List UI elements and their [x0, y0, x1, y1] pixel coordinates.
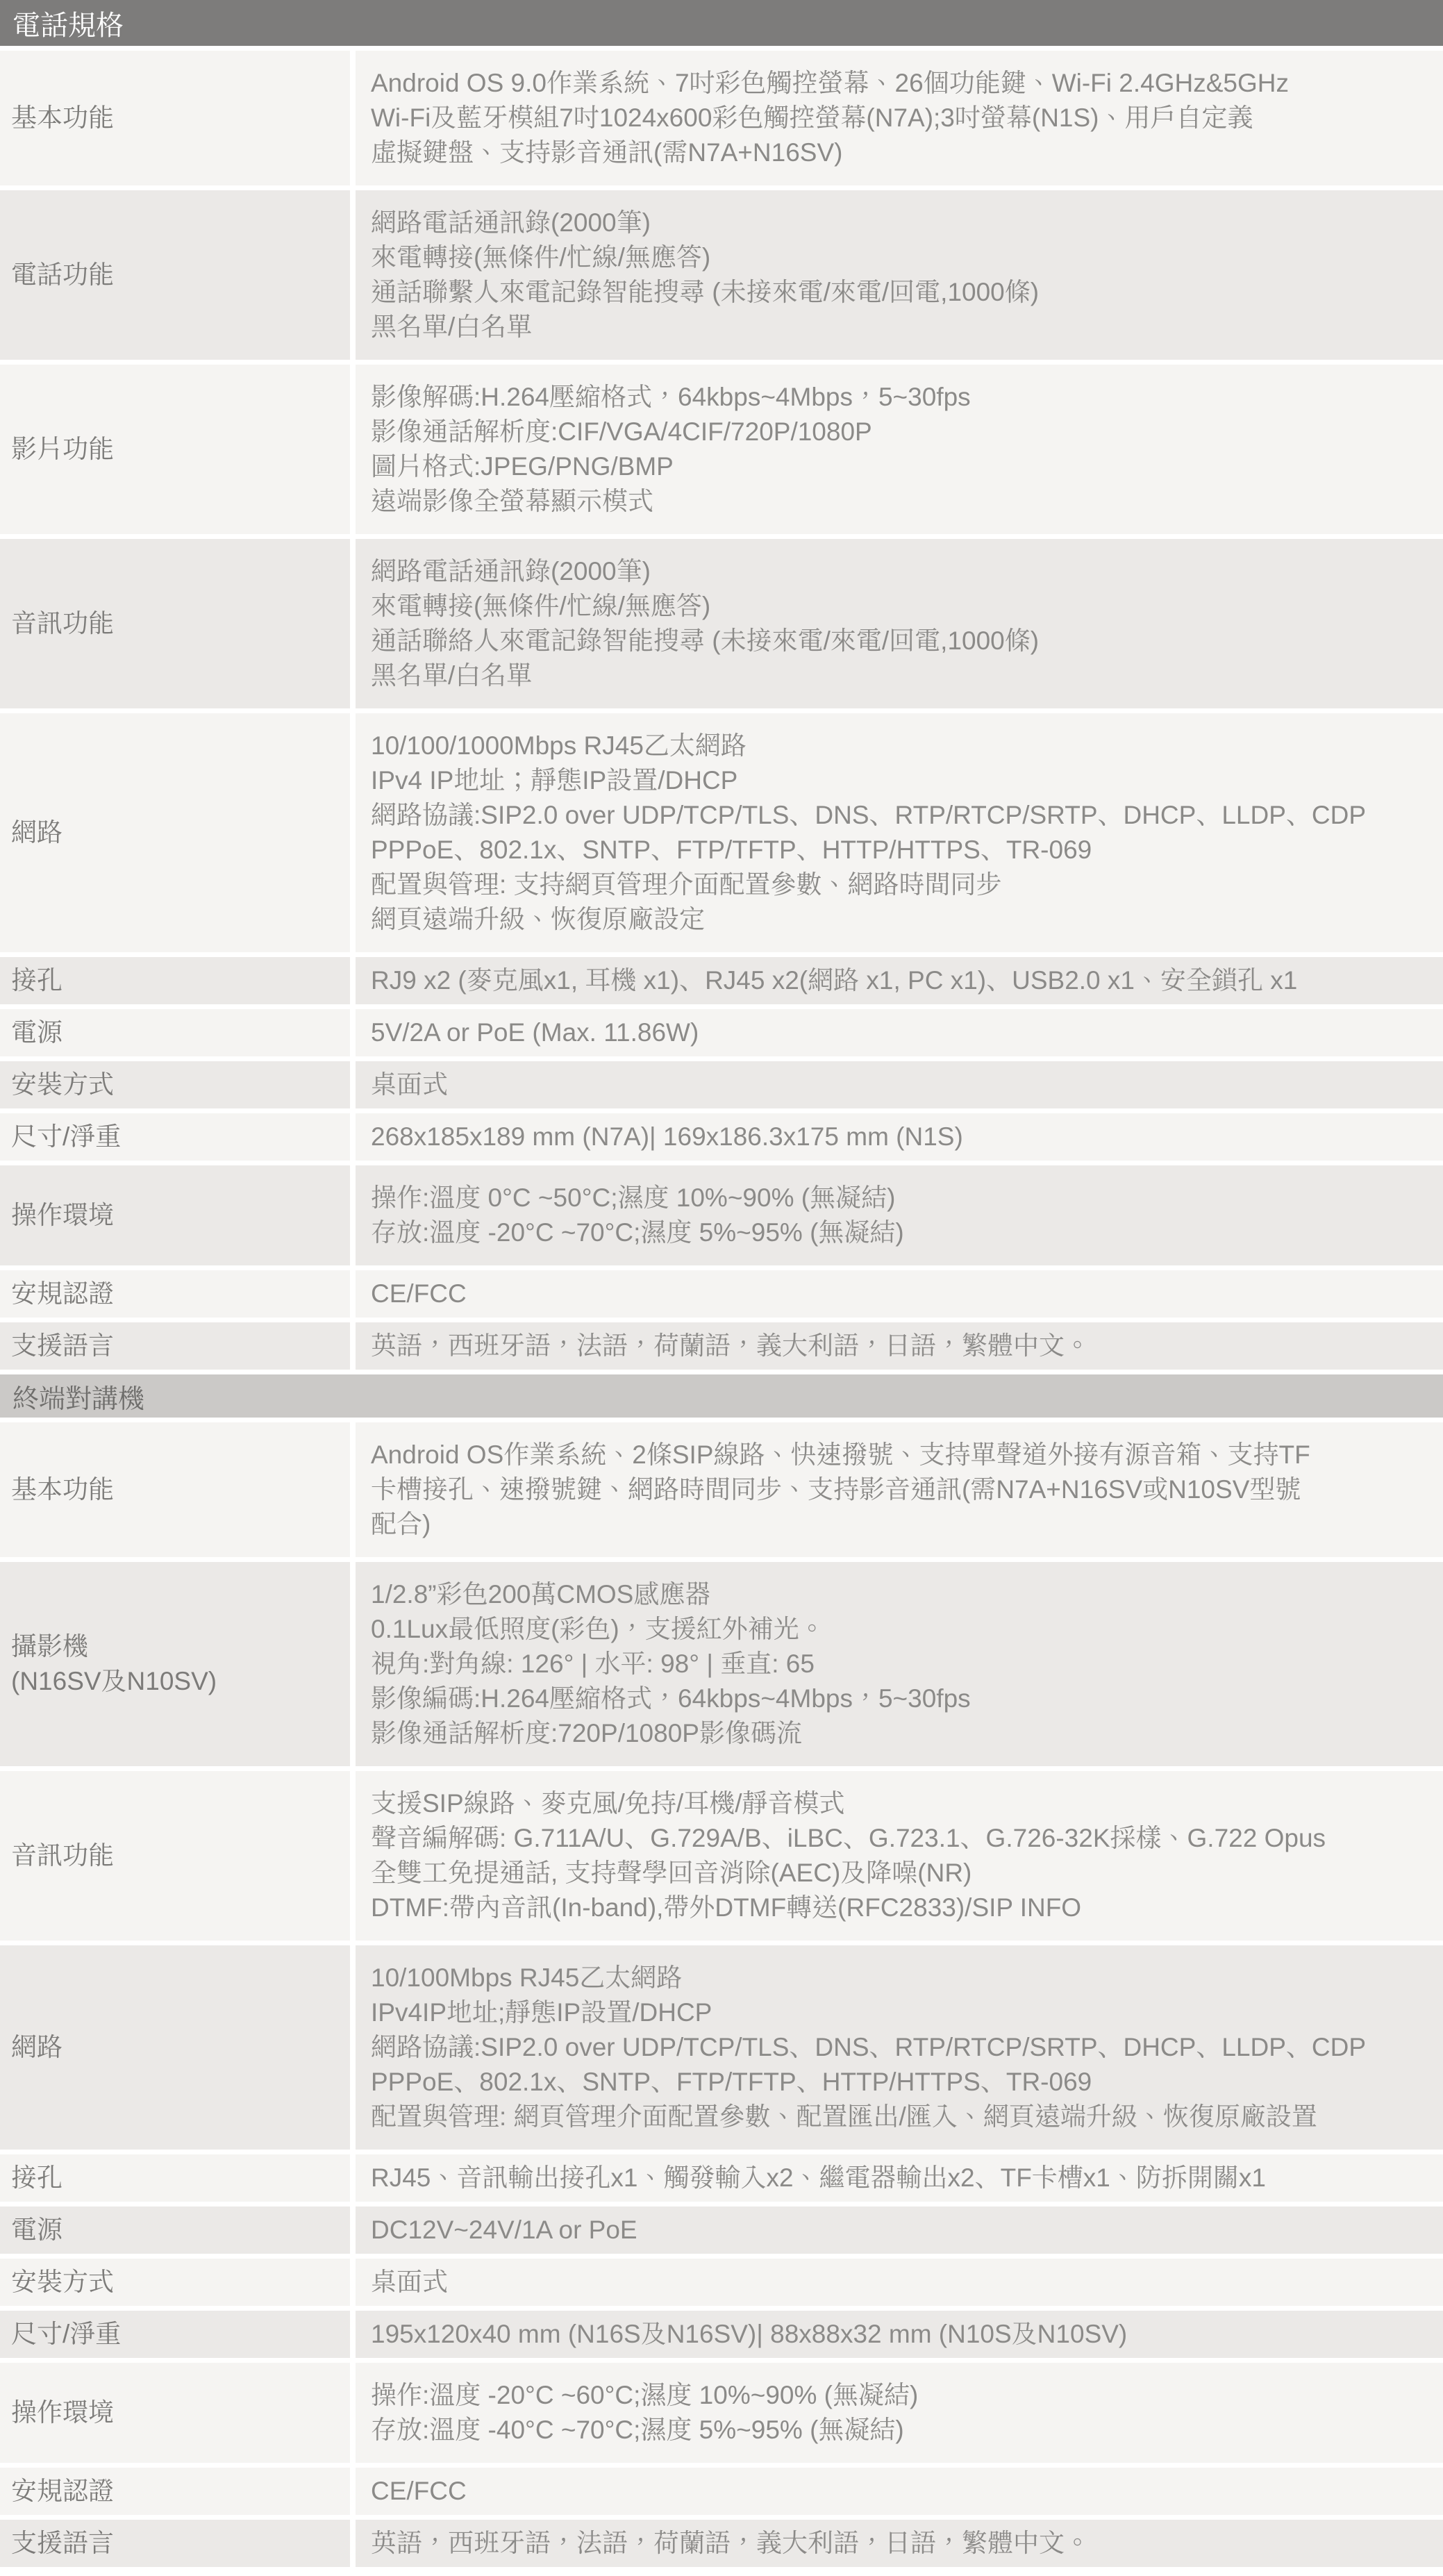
row-label: 音訊功能 — [0, 539, 350, 708]
row-value-line: 支援SIP線路、麥克風/免持/耳機/靜音模式 — [371, 1786, 1415, 1821]
row-value-line: CE/FCC — [371, 1277, 1415, 1311]
row-value-line: 聲音編解碼: G.711A/U、G.729A/B、iLBC、G.723.1、G.… — [371, 1821, 1415, 1856]
table-row: 網路10/100/1000Mbps RJ45乙太網路IPv4 IP地址；靜態IP… — [0, 713, 1443, 952]
row-label: 安裝方式 — [0, 2259, 350, 2306]
table-row: 電源5V/2A or PoE (Max. 11.86W) — [0, 1009, 1443, 1056]
row-label: 操作環境 — [0, 2363, 350, 2463]
row-label: 支援語言 — [0, 2520, 350, 2567]
row-value-line: Wi-Fi及藍牙模組7吋1024x600彩色觸控螢幕(N7A);3吋螢幕(N1S… — [371, 101, 1415, 135]
row-value-line: 影像通話解析度:720P/1080P影像碼流 — [371, 1716, 1415, 1751]
spec-table: 電話規格基本功能Android OS 9.0作業系統、7吋彩色觸控螢幕、26個功… — [0, 0, 1443, 2567]
row-label-line: 安規認證 — [11, 1277, 340, 1311]
row-label: 網路 — [0, 1945, 350, 2150]
row-label: 基本功能 — [0, 51, 350, 185]
table-row: 操作環境操作:溫度 -20°C ~60°C;濕度 10%~90% (無凝結)存放… — [0, 2363, 1443, 2463]
row-label-line: 操作環境 — [11, 2395, 340, 2430]
table-row: 安規認證CE/FCC — [0, 1270, 1443, 1318]
section-title: 電話規格 — [12, 3, 124, 43]
row-value: 支援SIP線路、麥克風/免持/耳機/靜音模式聲音編解碼: G.711A/U、G.… — [350, 1771, 1443, 1941]
table-row: 接孔RJ9 x2 (麥克風x1, 耳機 x1)、RJ45 x2(網路 x1, P… — [0, 957, 1443, 1004]
row-label-line: (N16SV及N10SV) — [11, 1664, 340, 1699]
table-row: 音訊功能支援SIP線路、麥克風/免持/耳機/靜音模式聲音編解碼: G.711A/… — [0, 1771, 1443, 1941]
row-value-line: 操作:溫度 -20°C ~60°C;濕度 10%~90% (無凝結) — [371, 2378, 1415, 2413]
row-value-line: 影像編碼:H.264壓縮格式，64kbps~4Mbps，5~30fps — [371, 1681, 1415, 1716]
row-value-line: IPv4 IP地址；靜態IP設置/DHCP — [371, 763, 1415, 798]
table-row: 安規認證CE/FCC — [0, 2468, 1443, 2515]
row-value-line: Android OS作業系統、2條SIP線路、快速撥號、支持單聲道外接有源音箱、… — [371, 1438, 1415, 1472]
row-label-line: 安裝方式 — [11, 2265, 340, 2300]
row-label: 攝影機(N16SV及N10SV) — [0, 1562, 350, 1766]
table-row: 音訊功能網路電話通訊錄(2000筆)來電轉接(無條件/忙線/無應答)通話聯絡人來… — [0, 539, 1443, 708]
row-value: RJ45、音訊輸出接孔x1、觸發輸入x2、繼電器輸出x2、TF卡槽x1、防拆開關… — [350, 2154, 1443, 2202]
table-row: 安裝方式桌面式 — [0, 2259, 1443, 2306]
row-value-line: 桌面式 — [371, 2265, 1415, 2300]
row-label-line: 電話功能 — [11, 258, 340, 292]
table-row: 支援語言英語，西班牙語，法語，荷蘭語，義大利語，日語，繁體中文。 — [0, 2520, 1443, 2567]
row-label-line: 攝影機 — [11, 1629, 340, 1664]
row-value-line: 卡槽接孔、速撥號鍵、網路時間同步、支持影音通訊(需N7A+N16SV或N10SV… — [371, 1472, 1415, 1507]
row-value-line: Android OS 9.0作業系統、7吋彩色觸控螢幕、26個功能鍵、Wi-Fi… — [371, 66, 1415, 101]
row-value-line: RJ9 x2 (麥克風x1, 耳機 x1)、RJ45 x2(網路 x1, PC … — [371, 963, 1415, 998]
row-value: 桌面式 — [350, 1061, 1443, 1108]
row-label-line: 電源 — [11, 1015, 340, 1050]
row-value-line: 虛擬鍵盤、支持影音通訊(需N7A+N16SV) — [371, 135, 1415, 170]
section-header: 終端對講機 — [0, 1374, 1443, 1418]
row-value: Android OS 9.0作業系統、7吋彩色觸控螢幕、26個功能鍵、Wi-Fi… — [350, 51, 1443, 185]
row-value: 桌面式 — [350, 2259, 1443, 2306]
row-label-line: 音訊功能 — [11, 606, 340, 641]
row-label-line: 接孔 — [11, 2161, 340, 2195]
row-value: 5V/2A or PoE (Max. 11.86W) — [350, 1009, 1443, 1056]
row-value: 1/2.8”彩色200萬CMOS感應器0.1Lux最低照度(彩色)，支援紅外補光… — [350, 1562, 1443, 1766]
row-value-line: 黑名單/白名單 — [371, 658, 1415, 693]
row-value-line: 影像解碼:H.264壓縮格式，64kbps~4Mbps，5~30fps — [371, 380, 1415, 415]
row-label-line: 安裝方式 — [11, 1067, 340, 1102]
row-label: 基本功能 — [0, 1422, 350, 1557]
row-value-line: 存放:溫度 -20°C ~70°C;濕度 5%~95% (無凝結) — [371, 1215, 1415, 1250]
row-label-line: 支援語言 — [11, 2526, 340, 2561]
row-label: 電話功能 — [0, 190, 350, 360]
row-value-line: 網路電話通訊錄(2000筆) — [371, 206, 1415, 240]
row-value-line: 0.1Lux最低照度(彩色)，支援紅外補光。 — [371, 1612, 1415, 1647]
row-label: 操作環境 — [0, 1165, 350, 1265]
row-value: 10/100/1000Mbps RJ45乙太網路IPv4 IP地址；靜態IP設置… — [350, 713, 1443, 952]
row-value-line: 268x185x189 mm (N7A)| 169x186.3x175 mm (… — [371, 1120, 1415, 1154]
table-row: 安裝方式桌面式 — [0, 1061, 1443, 1108]
row-value-line: DTMF:帶內音訊(In-band),帶外DTMF轉送(RFC2833)/SIP… — [371, 1891, 1415, 1925]
row-label: 尺寸/淨重 — [0, 1113, 350, 1161]
row-value-line: 網路電話通訊錄(2000筆) — [371, 554, 1415, 589]
row-label: 安規認證 — [0, 1270, 350, 1318]
row-label-line: 尺寸/淨重 — [11, 2317, 340, 2352]
table-row: 網路10/100Mbps RJ45乙太網路IPv4IP地址;靜態IP設置/DHC… — [0, 1945, 1443, 2150]
table-row: 影片功能影像解碼:H.264壓縮格式，64kbps~4Mbps，5~30fps影… — [0, 365, 1443, 534]
row-value-line: 1/2.8”彩色200萬CMOS感應器 — [371, 1577, 1415, 1612]
row-label-line: 支援語言 — [11, 1329, 340, 1363]
section-title: 終端對講機 — [12, 1377, 144, 1415]
row-value-line: 5V/2A or PoE (Max. 11.86W) — [371, 1015, 1415, 1050]
row-label: 網路 — [0, 713, 350, 952]
table-row: 攝影機(N16SV及N10SV)1/2.8”彩色200萬CMOS感應器0.1Lu… — [0, 1562, 1443, 1766]
row-value: 影像解碼:H.264壓縮格式，64kbps~4Mbps，5~30fps影像通話解… — [350, 365, 1443, 534]
row-value: 268x185x189 mm (N7A)| 169x186.3x175 mm (… — [350, 1113, 1443, 1161]
row-value-line: 圖片格式:JPEG/PNG/BMP — [371, 449, 1415, 484]
section-header: 電話規格 — [0, 0, 1443, 46]
row-value-line: IPv4IP地址;靜態IP設置/DHCP — [371, 1995, 1415, 2030]
row-value: RJ9 x2 (麥克風x1, 耳機 x1)、RJ45 x2(網路 x1, PC … — [350, 957, 1443, 1004]
row-label: 安規認證 — [0, 2468, 350, 2515]
row-value: 網路電話通訊錄(2000筆)來電轉接(無條件/忙線/無應答)通話聯繫人來電記錄智… — [350, 190, 1443, 360]
row-value-line: 網頁遠端升級、恢復原廠設定 — [371, 902, 1415, 937]
row-label: 支援語言 — [0, 1322, 350, 1370]
row-label-line: 基本功能 — [11, 1472, 340, 1507]
row-value-line: 英語，西班牙語，法語，荷蘭語，義大利語，日語，繁體中文。 — [371, 1329, 1415, 1363]
row-label: 接孔 — [0, 957, 350, 1004]
row-value-line: 網路協議:SIP2.0 over UDP/TCP/TLS、DNS、RTP/RTC… — [371, 2030, 1415, 2065]
row-value-line: 配置與管理: 支持網頁管理介面配置參數、網路時間同步 — [371, 867, 1415, 902]
row-value-line: 通話聯繫人來電記錄智能搜尋 (未接來電/來電/回電,1000條) — [371, 275, 1415, 310]
row-value-line: PPPoE、802.1x、SNTP、FTP/TFTP、HTTP/HTTPS、TR… — [371, 833, 1415, 867]
row-label-line: 影片功能 — [11, 432, 340, 467]
row-value: 英語，西班牙語，法語，荷蘭語，義大利語，日語，繁體中文。 — [350, 1322, 1443, 1370]
row-value-line: 通話聯絡人來電記錄智能搜尋 (未接來電/來電/回電,1000條) — [371, 624, 1415, 658]
table-row: 電話功能網路電話通訊錄(2000筆)來電轉接(無條件/忙線/無應答)通話聯繫人來… — [0, 190, 1443, 360]
table-row: 尺寸/淨重268x185x189 mm (N7A)| 169x186.3x175… — [0, 1113, 1443, 1161]
row-value: 網路電話通訊錄(2000筆)來電轉接(無條件/忙線/無應答)通話聯絡人來電記錄智… — [350, 539, 1443, 708]
table-row: 尺寸/淨重195x120x40 mm (N16S及N16SV)| 88x88x3… — [0, 2311, 1443, 2358]
row-label-line: 安規認證 — [11, 2474, 340, 2509]
row-value-line: 10/100Mbps RJ45乙太網路 — [371, 1961, 1415, 1995]
row-value: 10/100Mbps RJ45乙太網路IPv4IP地址;靜態IP設置/DHCP網… — [350, 1945, 1443, 2150]
row-value-line: 桌面式 — [371, 1067, 1415, 1102]
table-row: 基本功能Android OS作業系統、2條SIP線路、快速撥號、支持單聲道外接有… — [0, 1422, 1443, 1557]
table-row: 電源DC12V~24V/1A or PoE — [0, 2207, 1443, 2254]
table-row: 基本功能Android OS 9.0作業系統、7吋彩色觸控螢幕、26個功能鍵、W… — [0, 51, 1443, 185]
row-value: 操作:溫度 0°C ~50°C;濕度 10%~90% (無凝結)存放:溫度 -2… — [350, 1165, 1443, 1265]
row-value: DC12V~24V/1A or PoE — [350, 2207, 1443, 2254]
row-label: 安裝方式 — [0, 1061, 350, 1108]
row-label: 接孔 — [0, 2154, 350, 2202]
row-value: 操作:溫度 -20°C ~60°C;濕度 10%~90% (無凝結)存放:溫度 … — [350, 2363, 1443, 2463]
table-row: 支援語言英語，西班牙語，法語，荷蘭語，義大利語，日語，繁體中文。 — [0, 1322, 1443, 1370]
row-label: 電源 — [0, 1009, 350, 1056]
row-value-line: 影像通話解析度:CIF/VGA/4CIF/720P/1080P — [371, 415, 1415, 449]
row-value-line: 存放:溫度 -40°C ~70°C;濕度 5%~95% (無凝結) — [371, 2413, 1415, 2448]
row-value: 英語，西班牙語，法語，荷蘭語，義大利語，日語，繁體中文。 — [350, 2520, 1443, 2567]
row-label-line: 網路 — [11, 815, 340, 850]
row-label-line: 操作環境 — [11, 1198, 340, 1233]
row-label: 尺寸/淨重 — [0, 2311, 350, 2358]
row-value-line: 全雙工免提通話, 支持聲學回音消除(AEC)及降噪(NR) — [371, 1856, 1415, 1891]
row-value: CE/FCC — [350, 2468, 1443, 2515]
row-value-line: PPPoE、802.1x、SNTP、FTP/TFTP、HTTP/HTTPS、TR… — [371, 2065, 1415, 2100]
row-value-line: DC12V~24V/1A or PoE — [371, 2213, 1415, 2247]
row-value-line: 來電轉接(無條件/忙線/無應答) — [371, 240, 1415, 275]
row-value-line: 配合) — [371, 1507, 1415, 1542]
row-label-line: 音訊功能 — [11, 1838, 340, 1873]
row-value-line: RJ45、音訊輸出接孔x1、觸發輸入x2、繼電器輸出x2、TF卡槽x1、防拆開關… — [371, 2161, 1415, 2195]
row-label-line: 電源 — [11, 2213, 340, 2247]
row-label-line: 基本功能 — [11, 101, 340, 135]
row-label-line: 尺寸/淨重 — [11, 1120, 340, 1154]
row-value-line: 195x120x40 mm (N16S及N16SV)| 88x88x32 mm … — [371, 2317, 1415, 2352]
row-label-line: 接孔 — [11, 963, 340, 998]
row-label: 電源 — [0, 2207, 350, 2254]
row-value: CE/FCC — [350, 1270, 1443, 1318]
row-value-line: 網路協議:SIP2.0 over UDP/TCP/TLS、DNS、RTP/RTC… — [371, 798, 1415, 833]
table-row: 接孔RJ45、音訊輸出接孔x1、觸發輸入x2、繼電器輸出x2、TF卡槽x1、防拆… — [0, 2154, 1443, 2202]
row-value: Android OS作業系統、2條SIP線路、快速撥號、支持單聲道外接有源音箱、… — [350, 1422, 1443, 1557]
row-label-line: 網路 — [11, 2030, 340, 2065]
row-value-line: 操作:溫度 0°C ~50°C;濕度 10%~90% (無凝結) — [371, 1181, 1415, 1215]
row-value-line: CE/FCC — [371, 2474, 1415, 2509]
row-label: 音訊功能 — [0, 1771, 350, 1941]
row-value-line: 黑名單/白名單 — [371, 310, 1415, 344]
row-value: 195x120x40 mm (N16S及N16SV)| 88x88x32 mm … — [350, 2311, 1443, 2358]
row-value-line: 配置與管理: 網頁管理介面配置參數、配置匯出/匯入、網頁遠端升級、恢復原廠設置 — [371, 2100, 1415, 2134]
row-value-line: 來電轉接(無條件/忙線/無應答) — [371, 589, 1415, 624]
row-label: 影片功能 — [0, 365, 350, 534]
row-value-line: 英語，西班牙語，法語，荷蘭語，義大利語，日語，繁體中文。 — [371, 2526, 1415, 2561]
row-value-line: 視角:對角線: 126° | 水平: 98° | 垂直: 65 — [371, 1647, 1415, 1681]
row-value-line: 10/100/1000Mbps RJ45乙太網路 — [371, 729, 1415, 763]
table-row: 操作環境操作:溫度 0°C ~50°C;濕度 10%~90% (無凝結)存放:溫… — [0, 1165, 1443, 1265]
row-value-line: 遠端影像全螢幕顯示模式 — [371, 484, 1415, 519]
